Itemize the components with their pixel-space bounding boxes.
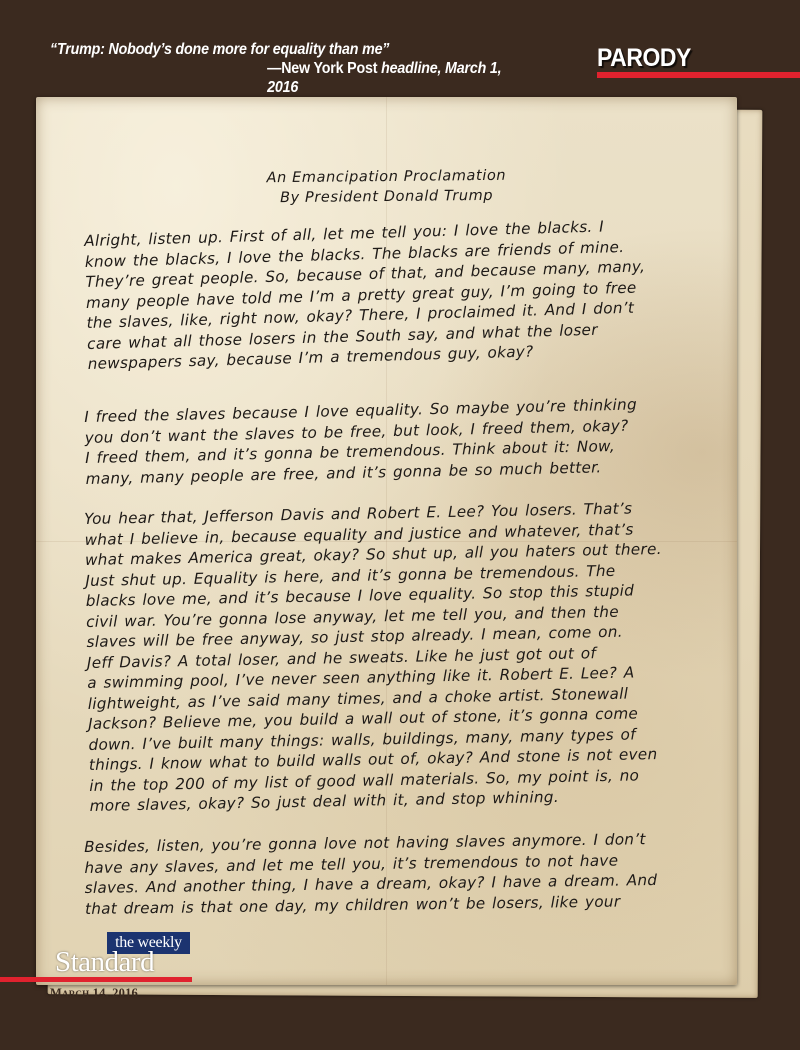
letter-paragraph-4: Besides, listen, you’re gonna love not h… <box>84 828 715 919</box>
letter-title: An Emancipation Proclamation By Presiden… <box>36 163 737 210</box>
logo-red-rule <box>0 977 192 982</box>
parody-badge: PARODY <box>597 44 691 73</box>
letter-paragraph-3: You hear that, Jefferson Davis and Rober… <box>84 497 720 817</box>
attribution-source: —New York Post <box>267 60 377 77</box>
issue-date: March 14, 2016 <box>50 986 138 1001</box>
quote-text: “Trump: Nobody’s done more for equality … <box>50 40 528 59</box>
logo-standard: Standard <box>55 946 154 978</box>
header-quote: “Trump: Nobody’s done more for equality … <box>50 40 528 97</box>
letter-paragraph-1: Alright, listen up. First of all, let me… <box>84 213 718 374</box>
quote-attribution: —New York Post headline, March 1, 2016 <box>50 59 528 97</box>
handwritten-letter: An Emancipation Proclamation By Presiden… <box>36 97 737 985</box>
parody-red-rule <box>597 72 800 78</box>
paper-front-sheet: An Emancipation Proclamation By Presiden… <box>36 97 737 985</box>
letter-paragraph-2: I freed the slaves because I love equali… <box>84 393 716 489</box>
weekly-standard-logo: the weekly Standard <box>55 932 192 992</box>
